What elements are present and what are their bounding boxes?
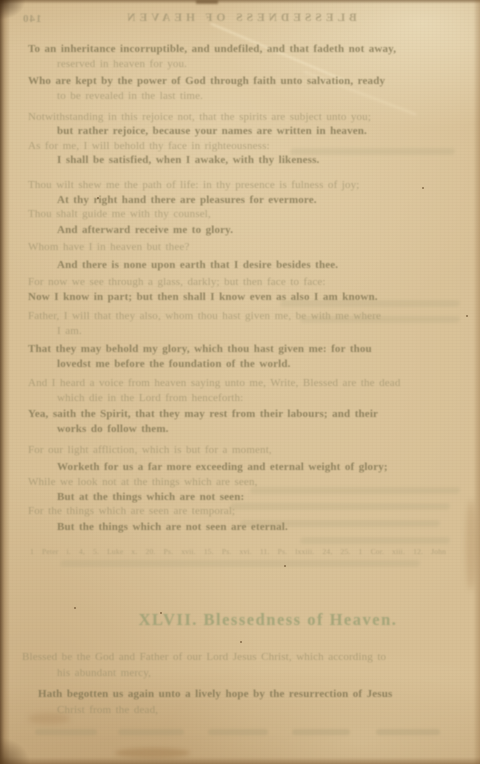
paper-stain — [196, 0, 218, 4]
ghost-verse-line: I am. — [57, 326, 82, 337]
ghost-verse-line: And I heard a voice from heaven saying u… — [28, 378, 400, 389]
paper-speck — [466, 315, 468, 317]
ghost-verse-line: While we look not at the things which ar… — [28, 477, 258, 488]
ghost-verse-line: At thy right hand there are pleasures fo… — [57, 195, 317, 206]
scanned-book-page: BLESSEDNESS OF HEAVEN 140 To an inherita… — [0, 0, 480, 764]
ghost-verse-line: Blessed be the God and Father of our Lor… — [22, 652, 386, 663]
ghost-verse-line: Notwithstanding in this rejoice not, tha… — [28, 112, 371, 123]
ghost-verse-line: For our light affliction, which is but f… — [28, 445, 272, 456]
ghost-verse-line: Christ from the dead, — [57, 705, 158, 716]
ghost-smudge — [35, 729, 97, 735]
paper-speck — [74, 607, 76, 609]
ghost-verse-line: That they may behold my glory, which tho… — [28, 344, 372, 355]
ghost-smudge — [230, 503, 451, 510]
paper-speck — [284, 565, 286, 567]
corner-shadow-bottom-left — [0, 738, 30, 764]
paper-speck — [160, 612, 162, 614]
page-edge-right — [473, 0, 480, 764]
ghost-smudge — [376, 729, 440, 735]
ghost-smudge — [292, 729, 350, 735]
ghost-verse-line: Hath begotten us again unto a lively hop… — [38, 689, 392, 700]
ghost-verse-line: As for me, I will behold thy face in rig… — [28, 141, 270, 152]
ghost-verse-line: Thou wilt shew me the path of life: in t… — [28, 180, 360, 191]
ghost-smudge — [300, 316, 461, 323]
ghost-running-header: BLESSEDNESS OF HEAVEN 140 — [0, 12, 480, 24]
ghost-verse-line: To an inheritance incorruptible, and und… — [28, 44, 396, 55]
ghost-verse-line: which die in the Lord from henceforth: — [57, 393, 243, 404]
ghost-smudge — [280, 300, 461, 307]
ghost-verse-line: For now we see through a glass, darkly; … — [28, 277, 326, 288]
ghost-smudge — [240, 520, 441, 527]
paper-stain — [28, 713, 70, 724]
page-edge-top — [0, 0, 480, 4]
ghost-verse-line: Who are kept by the power of God through… — [28, 76, 385, 87]
ghost-header-title: BLESSEDNESS OF HEAVEN — [123, 12, 357, 24]
page-edge-bottom — [0, 757, 480, 764]
paper-stain — [466, 500, 476, 590]
ghost-verse-line: I shall be satisfied, when I awake, with… — [57, 155, 319, 166]
ghost-verse-line: Whom have I in heaven but thee? — [28, 242, 189, 253]
paper-speck — [97, 197, 99, 199]
page-edge-left — [0, 0, 10, 764]
ghost-smudge — [250, 487, 461, 494]
ghost-scripture-references: 1 Peter i. 4, 5. Luke x. 20. Ps. xvii. 1… — [30, 547, 450, 556]
ghost-smudge — [208, 729, 268, 735]
ghost-verse-line: his abundant mercy, — [57, 668, 151, 679]
ghost-verse-line: And afterward receive me to glory. — [57, 225, 233, 236]
ghost-verse-line: works do follow them. — [57, 424, 169, 435]
paper-stain — [115, 748, 190, 758]
ghost-verse-line: lovedst me before the foundation of the … — [57, 359, 291, 370]
ghost-verse-line: Thou shalt guide me with thy counsel, — [28, 209, 211, 220]
ghost-page-number: 140 — [22, 13, 42, 25]
ghost-verse-line: But at the things which are not seen: — [57, 492, 244, 503]
paper-speck — [240, 641, 242, 643]
ghost-section-heading: XLVII. Blessedness of Heaven. — [0, 610, 480, 630]
ghost-verse-line: Yea, saith the Spirit, that they may res… — [28, 409, 378, 420]
ghost-smudge — [290, 148, 456, 155]
ghost-verse-line: reserved in heaven for you. — [57, 59, 187, 70]
ghost-smudge — [118, 729, 184, 735]
ghost-verse-line: Worketh for us a far more exceeding and … — [57, 462, 388, 473]
ghost-verse-line: to be revealed in the last time. — [57, 91, 203, 102]
paper-speck — [422, 187, 424, 189]
ghost-verse-line: but rather rejoice, because your names a… — [57, 126, 367, 137]
ghost-smudge — [300, 537, 451, 544]
ghost-verse-line: And there is none upon earth that I desi… — [57, 260, 338, 271]
ghost-verse-line: For the things which are seen are tempor… — [28, 506, 235, 517]
ghost-smudge — [60, 560, 421, 567]
